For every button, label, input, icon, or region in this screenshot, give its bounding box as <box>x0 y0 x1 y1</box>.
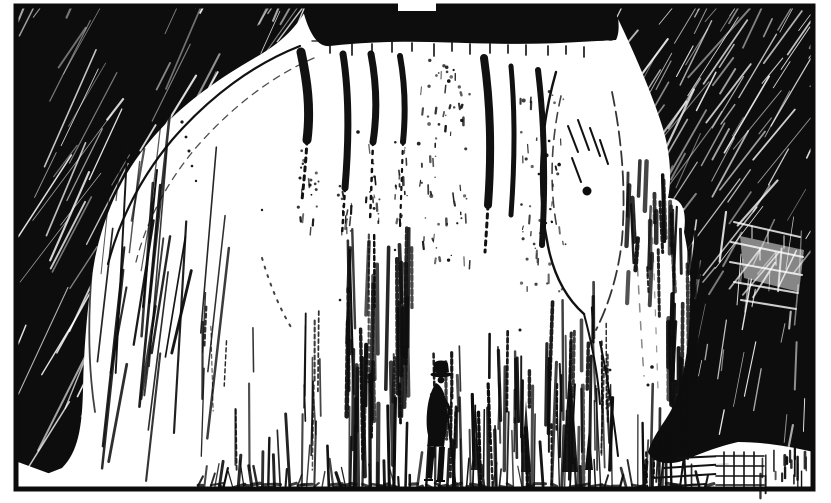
frame-top-gap <box>398 0 436 11</box>
head <box>438 377 445 384</box>
engraving-canvas <box>0 0 831 503</box>
engraving-illustration <box>0 0 831 503</box>
ear-hollow-dot <box>583 187 592 196</box>
hat <box>433 361 449 373</box>
crest-line <box>312 40 612 41</box>
step-lattice <box>716 452 764 486</box>
hat-brim <box>431 372 452 378</box>
